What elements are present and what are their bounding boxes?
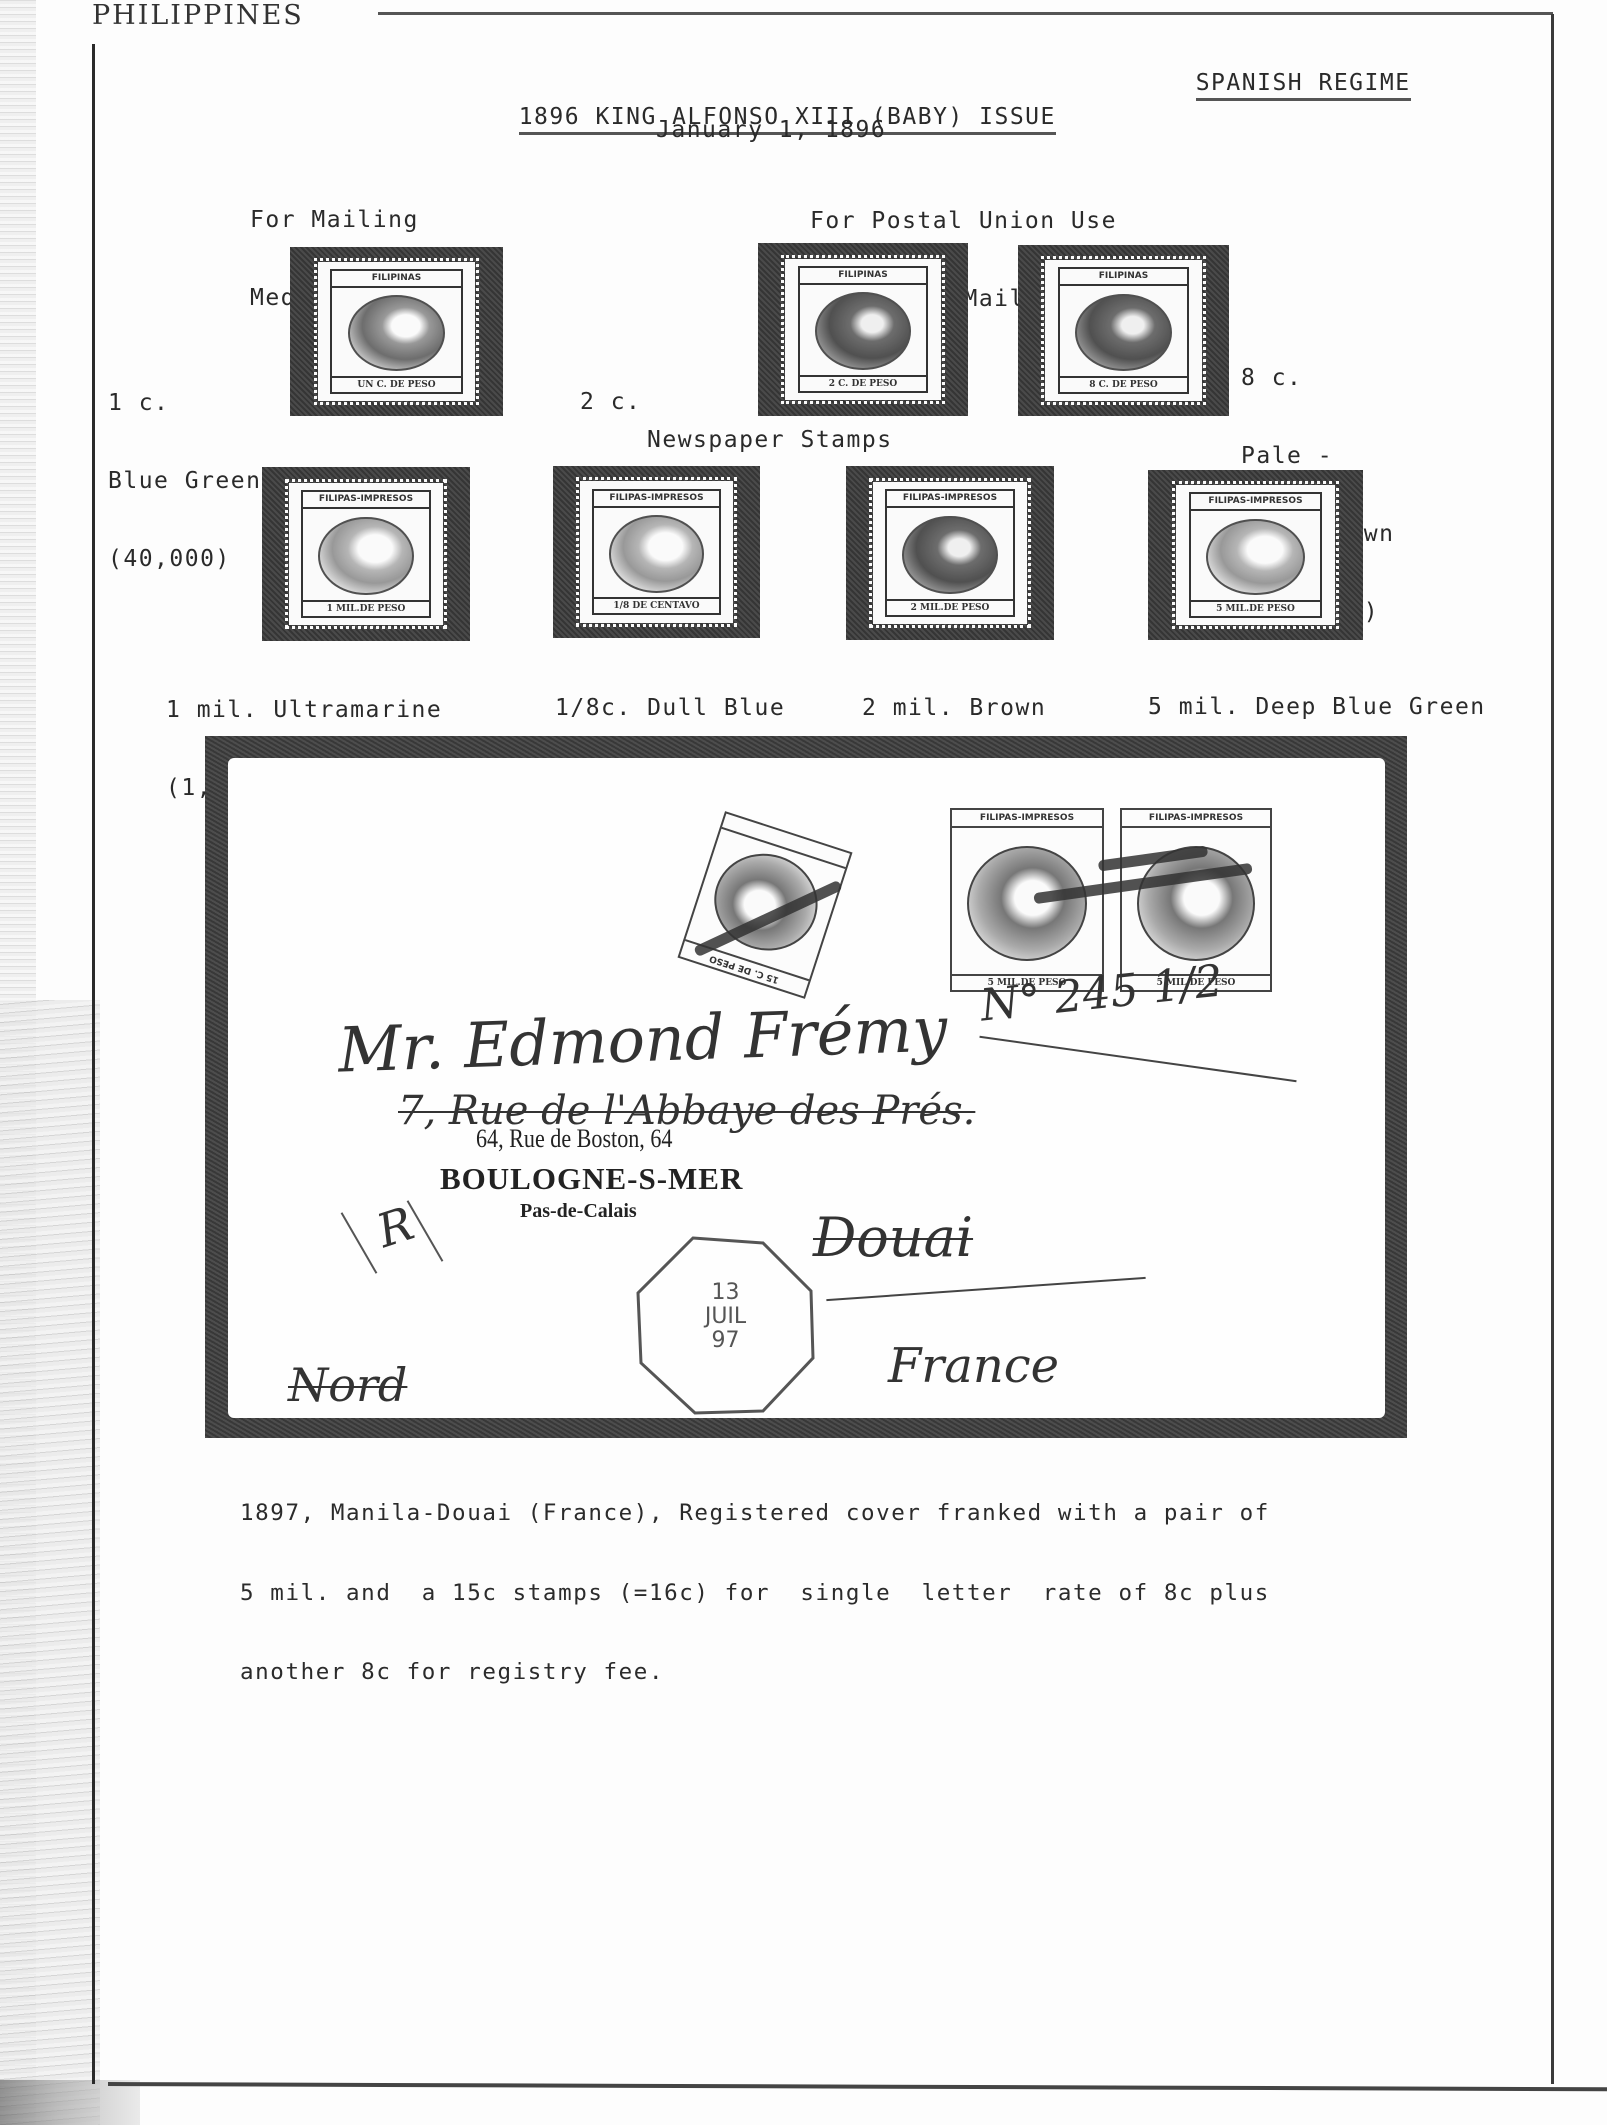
portrait-oval xyxy=(1075,294,1172,371)
printed-street: 64, Rue de Boston, 64 xyxy=(476,1124,672,1154)
printed-city: BOULOGNE-S-MER xyxy=(440,1161,743,1197)
stamp-top-inscription: FILIPAS-IMPRESOS xyxy=(887,491,1012,508)
frame-left-border xyxy=(92,44,95,2084)
stamp-2mil-image: FILIPAS-IMPRESOS 2 MIL.DE PESO xyxy=(846,466,1054,640)
section-tag-text: SPANISH REGIME xyxy=(1196,70,1411,101)
stamp-1c-label: 1 c. Blue Green (40,000) xyxy=(108,338,261,598)
crossed-department: Nord xyxy=(288,1358,407,1412)
portrait-oval xyxy=(318,517,413,595)
stamp-top-inscription: FILIPINAS xyxy=(1060,269,1187,286)
header-rule xyxy=(378,12,1553,15)
stamp-label: 5 mil. Deep Blue Green xyxy=(1148,694,1486,720)
binding-corner-shadow xyxy=(0,2080,140,2125)
stamp-label: 2 mil. Brown xyxy=(862,695,1046,721)
cover-stamp-5mil-left: FILIPAS-IMPRESOS 5 MIL.DE PESO xyxy=(950,808,1104,992)
stamp-1-8c-image: FILIPAS-IMPRESOS 1/8 DE CENTAVO xyxy=(553,466,760,638)
postmark-year: 97 xyxy=(633,1329,818,1353)
portrait-oval xyxy=(609,515,704,592)
group-heading-postal-union-line1: For Postal Union Use xyxy=(810,208,1117,234)
stamp-denomination: 1 c. xyxy=(108,390,261,416)
stamp-denomination: 2 c. xyxy=(580,389,733,415)
stamp-5mil-image: FILIPAS-IMPRESOS 5 MIL.DE PESO xyxy=(1148,470,1363,640)
stamp-label: 1/8c. Dull Blue xyxy=(555,695,785,721)
group-heading-newspaper: Newspaper Stamps xyxy=(647,427,893,453)
stamp-value-inscription: 1/8 DE CENTAVO xyxy=(594,597,719,613)
stamp-color-line1: Pale - xyxy=(1241,443,1394,469)
stamp-color: Blue Green xyxy=(108,468,261,494)
caption-line: 5 mil. and a 15c stamps (=16c) for singl… xyxy=(240,1580,1270,1607)
stamp-1c-image: FILIPINAS UN C. DE PESO xyxy=(290,247,503,416)
stamp-value-inscription: 5 MIL.DE PESO xyxy=(1191,600,1321,616)
registered-cover: 15 C. DE PESO FILIPAS-IMPRESOS 5 MIL.DE … xyxy=(205,736,1407,1438)
portrait-oval xyxy=(1206,519,1305,596)
city-underline xyxy=(826,1277,1145,1301)
crossed-city: Douai xyxy=(813,1206,973,1269)
frame-bottom-border xyxy=(108,2082,1607,2091)
printed-region: Pas-de-Calais xyxy=(520,1200,637,1223)
stamp-quantity: (40,000) xyxy=(108,546,261,572)
registered-mark: R xyxy=(371,1196,421,1258)
envelope: 15 C. DE PESO FILIPAS-IMPRESOS 5 MIL.DE … xyxy=(228,758,1385,1418)
stamp-top-inscription: FILIPAS-IMPRESOS xyxy=(952,810,1102,828)
cover-caption: 1897, Manila-Douai (France), Registered … xyxy=(240,1447,1270,1712)
stamp-denomination: 8 c. xyxy=(1241,365,1394,391)
stamp-value-inscription: 2 MIL.DE PESO xyxy=(887,599,1012,615)
caption-line: another 8c for registry fee. xyxy=(240,1659,1270,1686)
stamp-1mil-image: FILIPAS-IMPRESOS 1 MIL.DE PESO xyxy=(262,467,470,641)
country-name: France xyxy=(888,1338,1059,1394)
book-binding-shadow xyxy=(0,1000,100,2125)
portrait-oval xyxy=(815,292,911,370)
stamp-top-inscription: FILIPAS-IMPRESOS xyxy=(1191,494,1321,511)
registered-bracket-left xyxy=(341,1212,378,1274)
portrait-oval xyxy=(902,516,997,594)
country-header: PHILIPPINES xyxy=(92,0,304,31)
stamp-top-inscription: FILIPAS-IMPRESOS xyxy=(1122,810,1270,828)
stamp-top-inscription: FILIPAS-IMPRESOS xyxy=(594,491,719,508)
section-tag: SPANISH REGIME xyxy=(1165,44,1411,96)
portrait-oval xyxy=(348,295,446,371)
issue-date: January 1, 1896 xyxy=(656,117,886,143)
stamp-value-inscription: UN C. DE PESO xyxy=(332,376,460,392)
postmark-month: JUIL xyxy=(633,1305,818,1329)
stamp-value-inscription: 2 C. DE PESO xyxy=(800,375,927,391)
stamp-value-inscription: 8 C. DE PESO xyxy=(1060,376,1187,392)
stamp-8c-image: FILIPINAS 8 C. DE PESO xyxy=(1018,245,1229,416)
group-heading-medical-line1: For Mailing xyxy=(250,207,480,233)
rotated-15c-stamp: 15 C. DE PESO xyxy=(677,811,852,999)
stamp-top-inscription: FILIPAS-IMPRESOS xyxy=(303,492,428,509)
name-underline xyxy=(979,1036,1296,1083)
portrait-oval xyxy=(967,846,1087,961)
frame-right-border xyxy=(1551,14,1554,2084)
caption-line: 1897, Manila-Douai (France), Registered … xyxy=(240,1500,1270,1527)
postmark-day: 13 xyxy=(633,1281,818,1305)
stamp-top-inscription: FILIPINAS xyxy=(332,271,460,288)
stamp-2c-image: FILIPINAS 2 C. DE PESO xyxy=(758,243,968,416)
stamp-value-inscription: 1 MIL.DE PESO xyxy=(303,600,428,616)
stamp-top-inscription: FILIPINAS xyxy=(800,268,927,285)
addressee-name: Mr. Edmond Frémy xyxy=(337,992,948,1086)
octagonal-postmark: 13 JUIL 97 xyxy=(633,1233,818,1418)
stamp-label: 1 mil. Ultramarine xyxy=(166,697,442,723)
